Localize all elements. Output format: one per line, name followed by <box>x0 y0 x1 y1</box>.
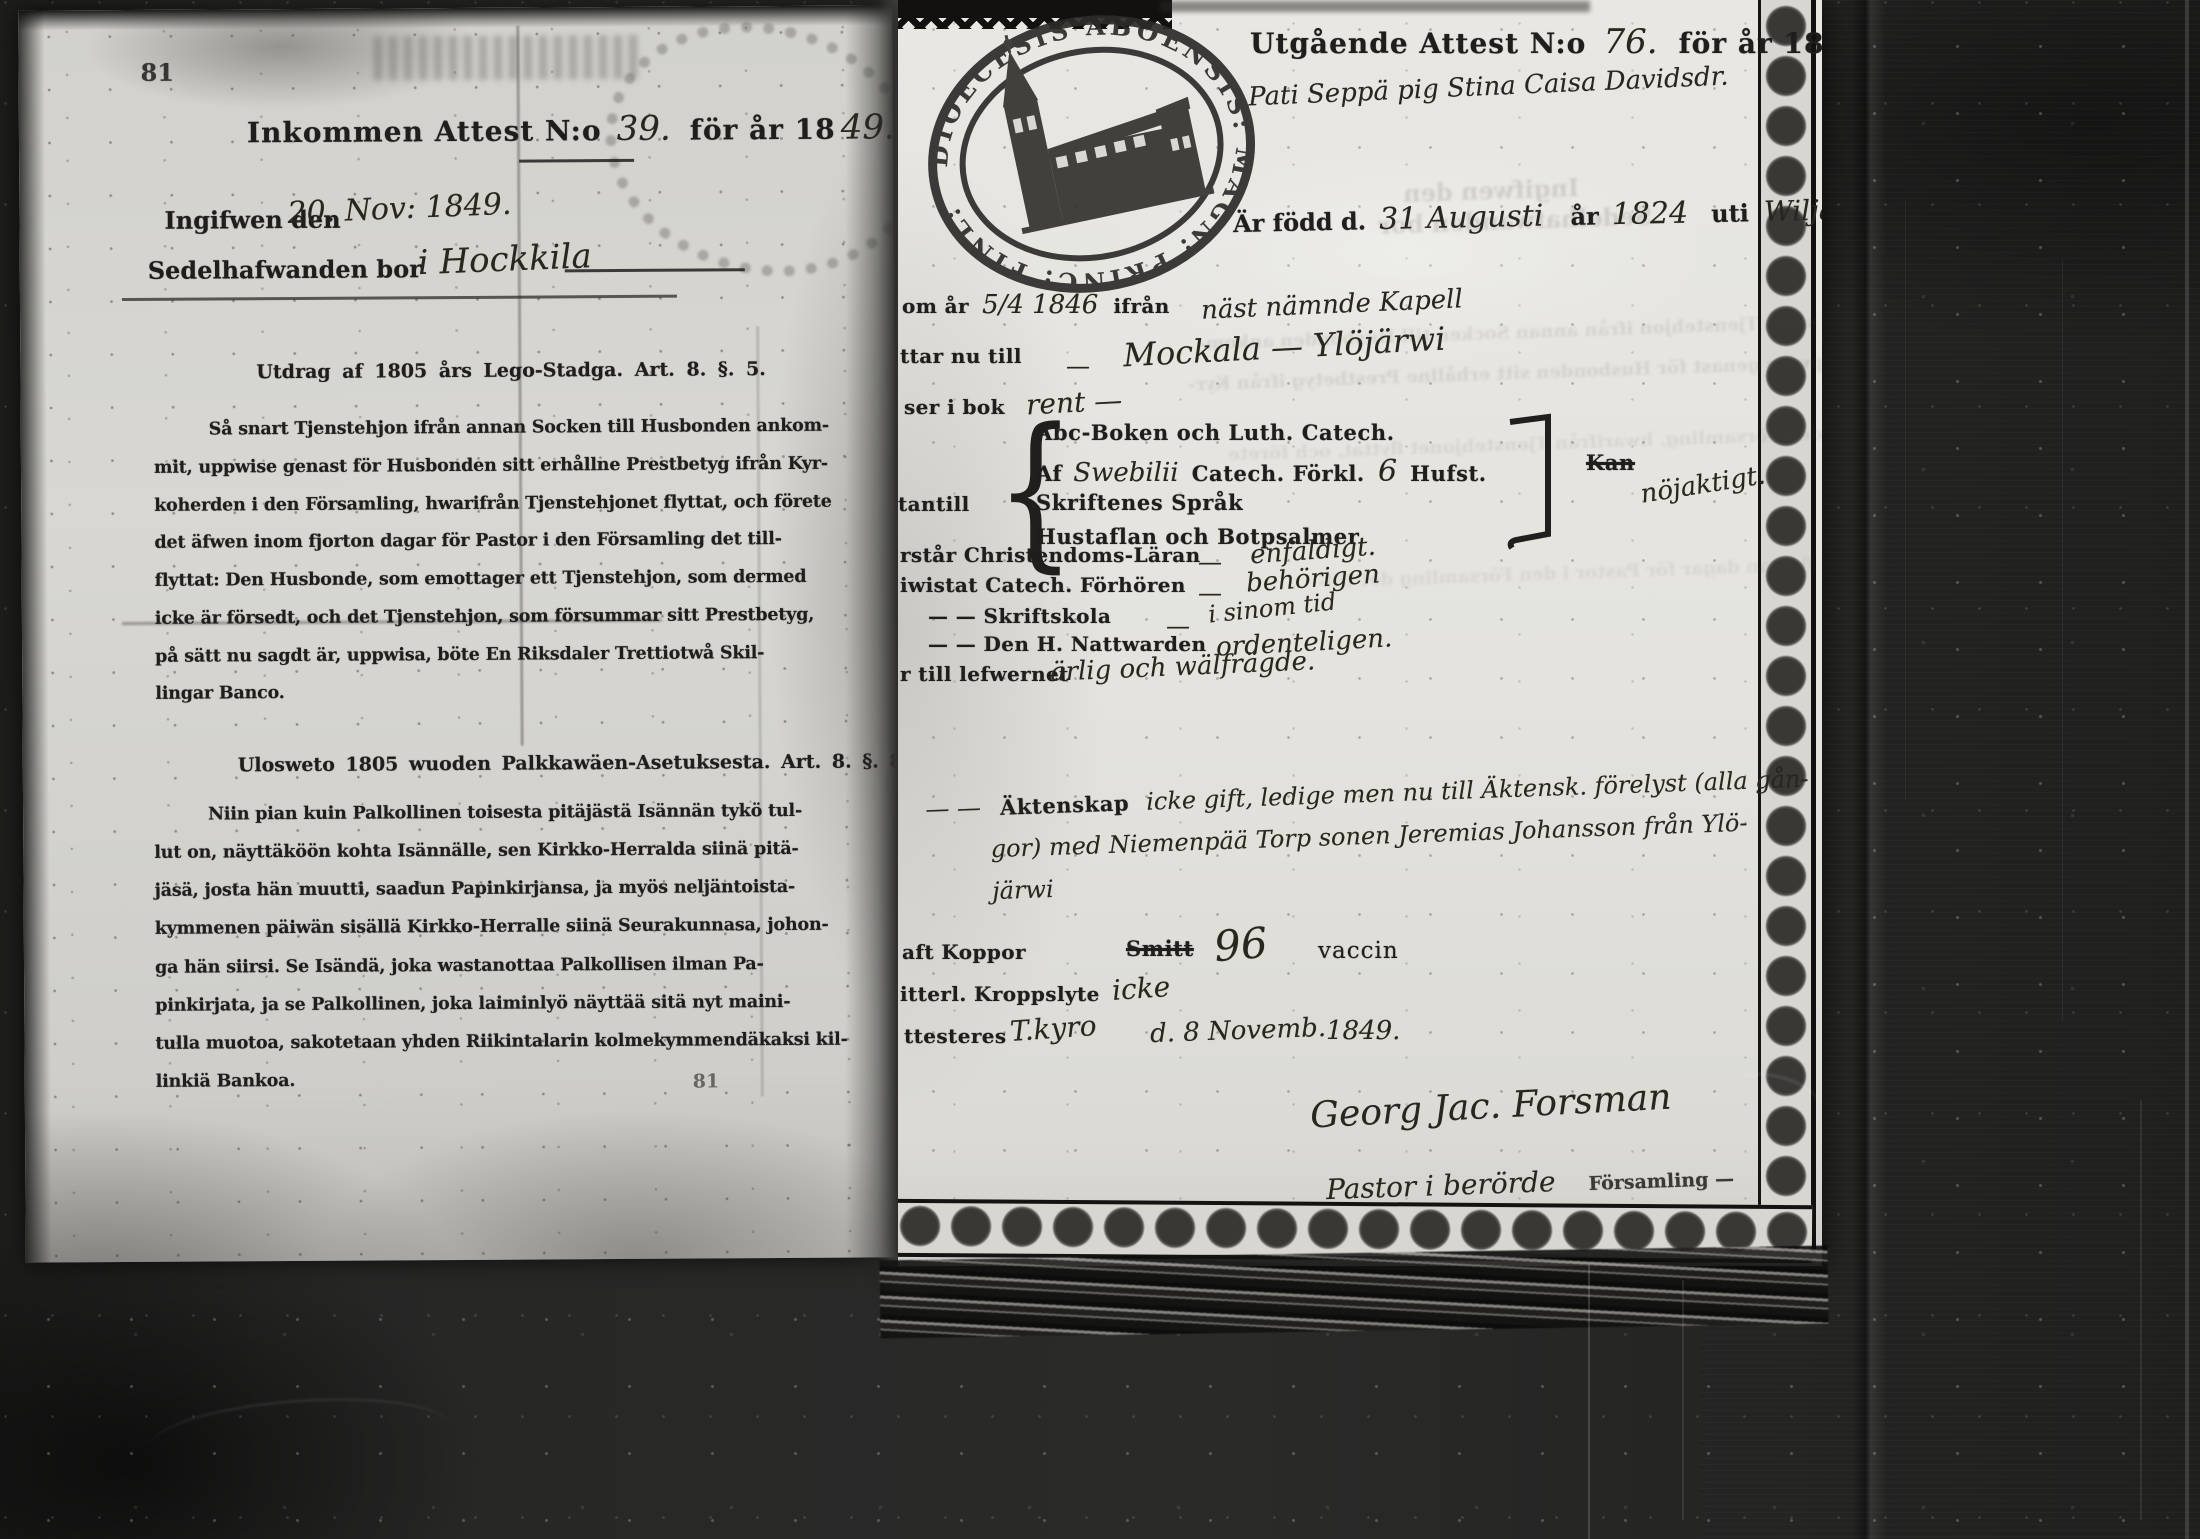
bleedthrough-text: det äfwen inom fjorton dagar för Pastor … <box>1318 549 1822 593</box>
scratch-line <box>2140 1100 2142 1520</box>
incoming-attest-year-printed: för år 18 <box>690 113 836 147</box>
moves-label: ttar nu till <box>900 344 1022 368</box>
swedish-line: flyttat: Den Husbonde, som emottager ett… <box>155 567 807 591</box>
skriftskola-hw: i sinom tid <box>1207 587 1338 628</box>
archival-photo: 81 Inkommen Attest N:o 39. för år 18 49.… <box>0 0 2200 1539</box>
born-line: Är född d. 31 Augusti år 1824 uti Wiljak… <box>1233 191 1822 240</box>
page-number-top: 81 <box>140 58 174 87</box>
finnish-section-heading: Ulosweto 1805 wuoden Palkkawäen-Asetukse… <box>238 750 900 776</box>
swedish-line: på sätt nu sagdt är, uppwisa, böte En Ri… <box>155 643 764 667</box>
diocese-seal-icon: DIOECESIS ABOENSIS: MAGN: PRINC: FINL: <box>898 0 1295 339</box>
born-place-hw: Wiljakkala <box>1764 192 1822 228</box>
finnish-line: linkiä Bankoa. <box>156 1071 296 1092</box>
page-crease-2 <box>756 326 764 1096</box>
swedish-line: det äfwen inom fjorton dagar för Pastor … <box>154 529 781 553</box>
film-edge-line <box>2185 0 2189 1539</box>
born-year-label: år <box>1570 201 1599 231</box>
vaccin-label: vaccin <box>1318 938 1399 964</box>
marriage-hw-1: icke gift, ledige men nu till Äktensk. f… <box>1146 765 1809 816</box>
swedish-line: koherden i den Församling, hwarifrån Tje… <box>154 492 832 516</box>
skriftskola-label: — — Skriftskola <box>928 604 1111 628</box>
incoming-attest-year-hw: 49. <box>841 107 895 147</box>
signature-title-printed: Församling — <box>1588 1168 1734 1195</box>
person-name-hw: Pati Seppä pig Stina Caisa Davidsdr. <box>1248 62 1730 113</box>
finnish-line: lut on, näyttäköön kohta Isännälle, sen … <box>154 839 798 863</box>
marriage-dashes: — — <box>925 794 982 824</box>
finnish-line: Niin pian kuin Palkollinen toisesta pitä… <box>208 801 802 825</box>
sedelhafwanden-label: Sedelhafwanden bor <box>148 254 422 285</box>
swedish-line: Så snart Tjenstehjon ifrån annan Socken … <box>209 416 829 440</box>
outgoing-attest-label: Utgående Attest N:o <box>1250 27 1586 60</box>
marriage-printed-label: Äktenskap <box>1000 790 1130 819</box>
book-page-edges <box>879 1246 1828 1339</box>
kroppslyte-label: itterl. Kroppslyte <box>900 982 1100 1006</box>
came-from-line: om år 5/4 1846 ifrån näst nämnde Kapell <box>902 290 1463 320</box>
bearer-underline <box>122 295 677 301</box>
came-ifran-label: ifrån <box>1113 294 1169 318</box>
finnish-line: jäsä, josta hän muutti, saadun Papinkirj… <box>155 877 796 901</box>
koppor-hw: 96 <box>1212 918 1270 971</box>
utantill-item: Skriftenes Språk <box>1036 490 1243 515</box>
signature-title-line: Pastor i berörde Församling — <box>1326 1159 1735 1206</box>
signature-hw: Georg Jac. Forsman <box>1309 1077 1672 1137</box>
signature-title-hw: Pastor i berörde <box>1326 1165 1557 1206</box>
catech-forkl-label: Catech. Förkl. <box>1192 461 1365 486</box>
born-place-label: uti <box>1711 198 1749 228</box>
attended-label: iwistat Catech. Förhören <box>900 573 1186 597</box>
outgoing-attest-number-hw: 76. <box>1603 22 1657 62</box>
swedish-line: mit, uppwise genast för Husbonden sitt e… <box>154 454 828 478</box>
smitt-struck-label: Smitt <box>1126 936 1194 961</box>
hufst-label: Hufst. <box>1410 461 1487 486</box>
left-page: 81 Inkommen Attest N:o 39. för år 18 49.… <box>18 5 900 1262</box>
scratch-line <box>1588 1265 1590 1539</box>
outgoing-attest-header: Utgående Attest N:o 76. för år 18 49. <box>1250 22 1822 62</box>
rosette-border-right <box>1758 0 1816 1252</box>
understands-label: rstår Christendoms-Läran <box>900 543 1201 567</box>
came-date-hw: 5/4 1846 <box>982 290 1098 320</box>
utantill-item-swebilius: Af Swebilii Catech. Förkl. 6 Hufst. <box>1036 454 1487 489</box>
photo-fold-line <box>1852 0 1886 1539</box>
incoming-attest-label: Inkommen Attest N:o <box>247 114 602 149</box>
hufst-count-hw: 6 <box>1378 454 1397 489</box>
marriage-block: — — Äktenskap icke gift, ledige men nu t… <box>925 765 1811 880</box>
scratch-line <box>1905 200 1906 800</box>
swedish-line: lingar Banco. <box>155 683 284 704</box>
utantill-label: tantill <box>898 492 970 516</box>
born-label: Är född d. <box>1233 206 1367 238</box>
bearer-dash-line <box>565 268 745 272</box>
right-page: DIOECESIS ABOENSIS: MAGN: PRINC: FINL: <box>898 0 1822 1266</box>
incoming-attest-number-hw: 39. <box>617 109 671 149</box>
born-day-hw: 31 Augusti <box>1379 199 1544 237</box>
scratch-line <box>2062 260 2063 1020</box>
ink-smudge <box>373 35 643 81</box>
came-label: om år <box>902 294 969 318</box>
kan-struck-label: Kan <box>1586 450 1635 475</box>
koppor-label: aft Koppor <box>902 940 1026 964</box>
born-year-hw: 1824 <box>1611 196 1688 233</box>
finnish-line: ga hän siirsi. Se Isändä, joka wastanott… <box>155 954 764 978</box>
swebilii-hw: Swebilii <box>1073 458 1178 488</box>
attest-year-hw: 1849. <box>1326 1016 1400 1046</box>
reads-label: ser i bok <box>904 395 1005 419</box>
attest-date-hw: d. 8 Novemb. <box>1150 1013 1327 1049</box>
finnish-line: tulla muotoa, sakotetaan yhden Riikintal… <box>155 1030 847 1054</box>
utantill-closing-bracket <box>1506 412 1560 552</box>
ingifwen-value-hw: 20. Nov: 1849. <box>287 187 512 231</box>
came-place-hw: näst nämnde Kapell <box>1200 284 1463 325</box>
kroppslyte-hw: icke <box>1111 970 1171 1007</box>
attest-label: ttesteres <box>904 1024 1007 1048</box>
finnish-line: pinkirjata, ja se Palkollinen, joka laim… <box>155 992 790 1016</box>
grade-hw: nöjaktigt. <box>1638 460 1767 509</box>
af-label: Af <box>1036 461 1062 486</box>
moves-dash: — <box>1066 352 1090 380</box>
swedish-section-heading: Utdrag af 1805 års Lego-Stadga. Art. 8. … <box>256 358 766 383</box>
incoming-attest-header: Inkommen Attest N:o 39. för år 18 49. <box>247 107 895 151</box>
scratch-line <box>1682 1280 1684 1520</box>
sedelhafwanden-value-hw: i Hockkila <box>417 236 593 283</box>
swedish-line: icke är försedt, och det Tjenstehjon, so… <box>155 605 814 629</box>
attest-place-hw: T.kyro <box>1009 1009 1098 1048</box>
conduct-label: r till lefwernet <box>900 662 1069 686</box>
understands-dash: — <box>1198 548 1222 576</box>
page-number-bottom: 81 <box>693 1070 720 1092</box>
outgoing-attest-year-printed: för år 18 <box>1679 27 1822 60</box>
finnish-line: kymmenen päiwän sisällä Kirkko-Herralle … <box>155 915 829 939</box>
utantill-item: Abc-Boken och Luth. Catech. <box>1036 420 1395 445</box>
